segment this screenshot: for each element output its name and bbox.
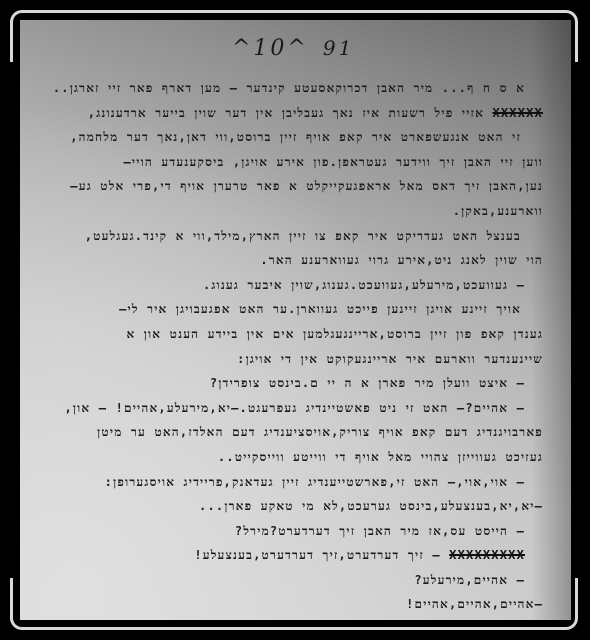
text-line: ווען זיי האבן זיך ווידער געטראפן.פון איר… (23, 150, 543, 175)
handwritten-page-number: ^10^91 (232, 36, 354, 61)
line-text: – אוי,אוי,– האט זי,פארשטייענדיג זיין געד… (105, 475, 525, 489)
text-line: XXXXXX אזיי פיל רשעות איז נאך געבליבן אי… (23, 101, 543, 126)
line-text: זי האט אנגעשפארט איר קאפ אויף זיין ברוסט… (70, 130, 521, 144)
line-text: –אהיים,אהיים,אהיים! (406, 597, 543, 611)
struck-out-text: XXXXXXXXX (449, 548, 525, 562)
line-text: ווען זיי האבן זיך ווידער געטראפן.פון איר… (123, 155, 543, 169)
page-number-mark: ^10^ (232, 36, 309, 61)
line-text: – געוועכט,מירעלע,געוועכט.גענוג,שוין איבע… (203, 278, 525, 292)
text-line: – אהיים,מירעלע? (23, 568, 543, 593)
text-line: גענדן קאפ פון זיין ברוסט,אריינגעגלמען אי… (23, 322, 543, 347)
line-text: ווארענע,באקן. (453, 204, 543, 218)
text-line: אויך זיינע אויגן זיינען פייכט געווארן.ער… (23, 297, 543, 322)
sheet-number-mark: 91 (323, 36, 354, 60)
text-line: ווארענע,באקן. (23, 199, 543, 224)
line-text: – הייסט עס,אז מיר האבן זיך דערדערט?מירל? (235, 524, 525, 538)
line-text: נען,האבן זיך דאס מאל אראפגעקייקלט א פאר … (70, 179, 543, 193)
typewritten-text-body: א ס ח ף... מיר האבן דכרוקאסעטע קינדער – … (23, 76, 543, 617)
line-text: אזיי פיל רשעות איז נאך געבליבן אין דער ש… (88, 106, 493, 120)
line-text: – איצט וועלן מיר פארן א ה יי ם.בינסט צופ… (210, 376, 525, 390)
text-line: – איצט וועלן מיר פארן א ה יי ם.בינסט צופ… (23, 371, 543, 396)
text-line: נען,האבן זיך דאס מאל אראפגעקייקלט א פאר … (23, 174, 543, 199)
text-line: – געוועכט,מירעלע,געוועכט.גענוג,שוין איבע… (23, 273, 543, 298)
line-text: בענצל האט געדריקט איר קאפ צו זיין הארץ,מ… (85, 229, 521, 243)
text-line: הוי שוין לאנג ניט,אירע גרוי געווארענע הא… (23, 248, 543, 273)
text-line: – הייסט עס,אז מיר האבן זיך דערדערט?מירל? (23, 519, 543, 544)
line-text: שיינענדער ווארעם איר אריינגעקוקט אין די … (237, 352, 543, 366)
text-line: א ס ח ף... מיר האבן דכרוקאסעטע קינדער – … (23, 76, 543, 101)
text-line: – אהיים?– האט זי ניט פאשטיינדיג געפרעגט.… (23, 396, 543, 421)
text-line: בענצל האט געדריקט איר קאפ צו זיין הארץ,מ… (23, 224, 543, 249)
line-text: א ס ח ף... מיר האבן דכרוקאסעטע קינדער – … (53, 81, 525, 95)
line-text: פארבויגנדיג דעם קאפ אויף צוריק,אויסציענד… (97, 425, 543, 439)
line-text: אויך זיינע אויגן זיינען פייכט געווארן.ער… (119, 302, 521, 316)
text-line: שיינענדער ווארעם איר אריינגעקוקט אין די … (23, 347, 543, 372)
line-text: – זיך דערדערט,זיך דערדערט,בענצעלע! (194, 548, 449, 562)
line-text: – אהיים,מירעלע? (414, 573, 525, 587)
line-text: –יא,יא,בענצעלע,בינסט גערעכט,לא מי טאקע פ… (199, 499, 543, 513)
line-text: – אהיים?– האט זי ניט פאשטיינדיג געפרעגט.… (64, 401, 525, 415)
text-line: פארבויגנדיג דעם קאפ אויף צוריק,אויסציענד… (23, 420, 543, 445)
struck-out-text: XXXXXX (492, 106, 543, 120)
text-line: XXXXXXXXX – זיך דערדערט,זיך דערדערט,בענצ… (23, 543, 543, 568)
line-text: הוי שוין לאנג ניט,אירע גרוי געווארענע הא… (260, 253, 543, 267)
text-line: –אהיים,אהיים,אהיים! (23, 592, 543, 617)
line-text: גענדן קאפ פון זיין ברוסט,אריינגעגלמען אי… (126, 327, 543, 341)
text-line: געזיכט געווייזן צהויי מאל אויף די ווייטע… (23, 445, 543, 470)
text-line: – אוי,אוי,– האט זי,פארשטייענדיג זיין געד… (23, 470, 543, 495)
scanned-document-page: ^10^91 א ס ח ף... מיר האבן דכרוקאסעטע קי… (20, 20, 571, 620)
line-text: געזיכט געווייזן צהויי מאל אויף די ווייטע… (218, 450, 543, 464)
text-line: זי האט אנגעשפארט איר קאפ אויף זיין ברוסט… (23, 125, 543, 150)
text-line: –יא,יא,בענצעלע,בינסט גערעכט,לא מי טאקע פ… (23, 494, 543, 519)
